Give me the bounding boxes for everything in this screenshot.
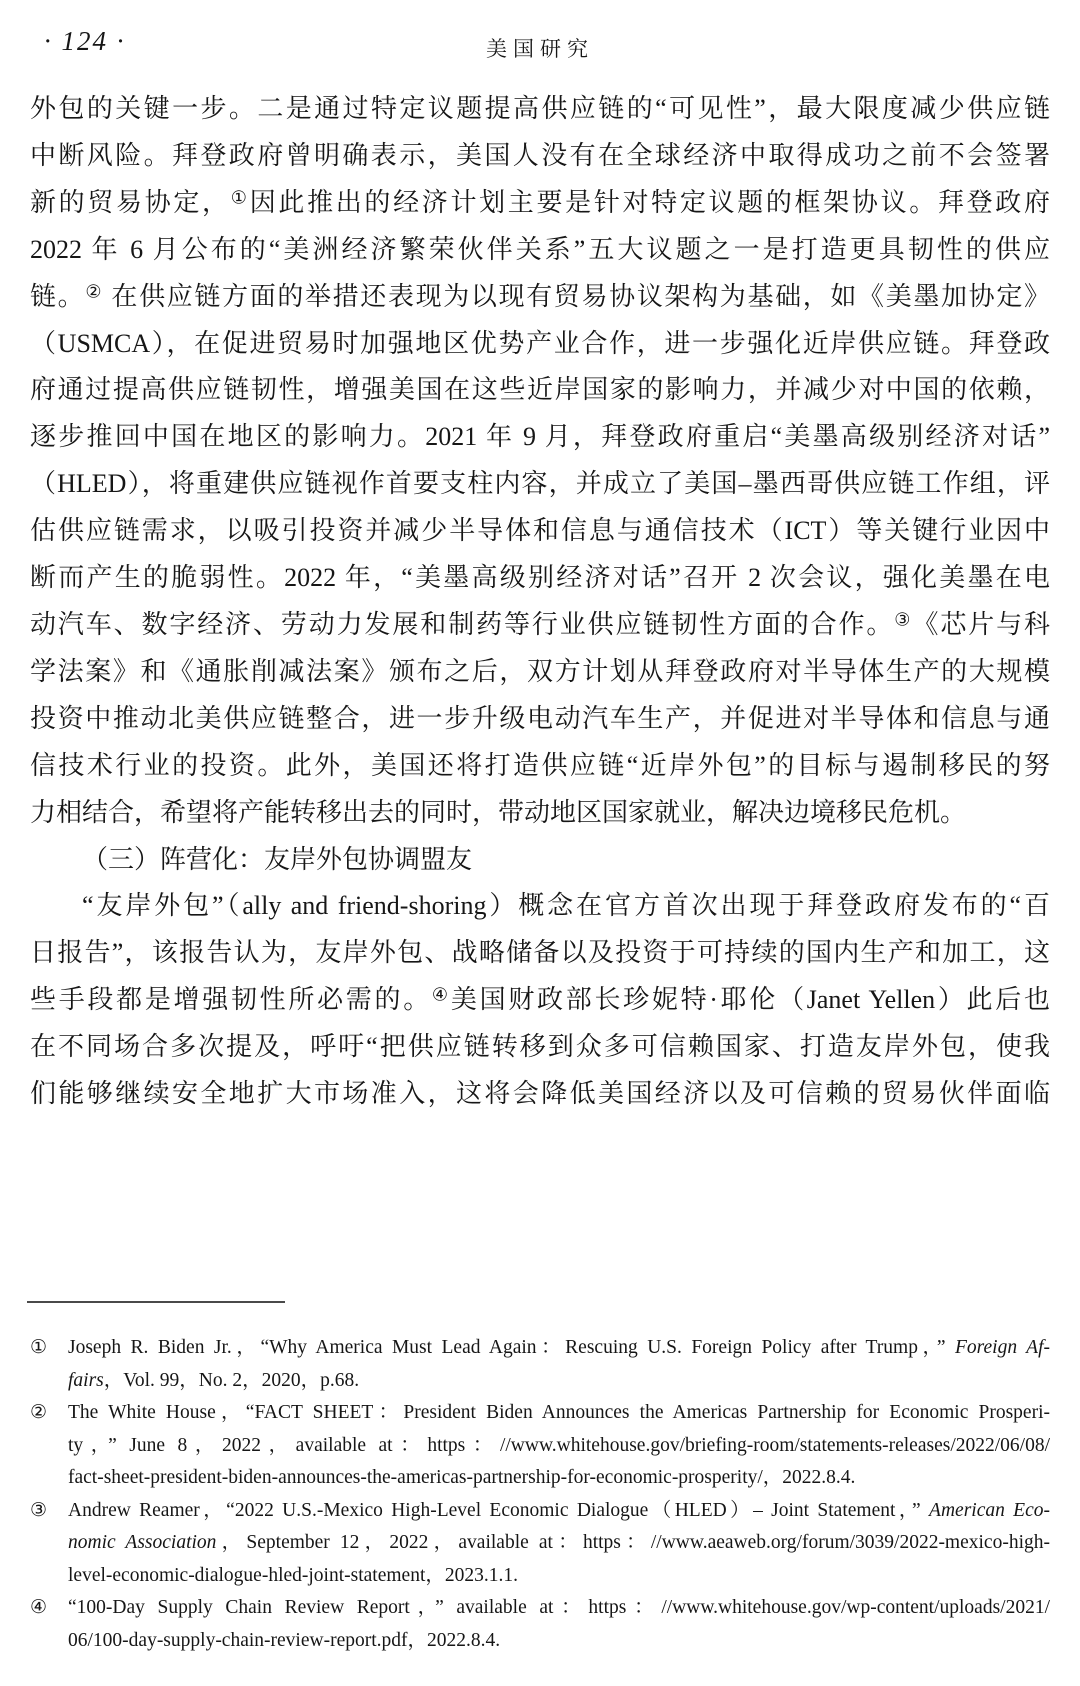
body-line: 在不同场合多次提及，呼吁“把供应链转移到众多可信赖国家、打造友岸外包，使我 xyxy=(30,1024,1050,1071)
footnote: ②The White House，“FACT SHEET：President B… xyxy=(30,1397,1050,1495)
journal-page: · 124 · 美国研究 外包的关键一步。二是通过特定议题提高供应链的“可见性”… xyxy=(0,0,1080,1686)
body-line: 日报告”，该报告认为，友岸外包、战略储备以及投资于可持续的国内生产和加工，这 xyxy=(30,930,1050,977)
footnote-segment: fact-sheet-president-biden-announces-the… xyxy=(68,1467,855,1488)
body-line: 2022 年 6 月公布的“美洲经济繁荣伙伴关系”五大议题之一是打造更具韧性的供… xyxy=(30,227,1050,274)
body-line: 投资中推动北美供应链整合，进一步升级电动汽车生产，并促进对半导体和信息与通 xyxy=(30,696,1050,743)
body-text: 外包的关键一步。二是通过特定议题提高供应链的“可见性”，最大限度减少供应链中断风… xyxy=(30,86,1050,1118)
body-line: 逐步推回中国在地区的影响力。2021 年 9 月，拜登政府重启“美墨高级别经济对… xyxy=(30,414,1050,461)
footnote-segment: level-economic-dialogue-hled-joint-state… xyxy=(68,1565,518,1586)
footnote-line: level-economic-dialogue-hled-joint-state… xyxy=(68,1560,1050,1593)
journal-title: 美国研究 xyxy=(30,33,1050,63)
footnote-marker: ① xyxy=(30,1332,68,1365)
journal-name-italic: nomic Association xyxy=(68,1532,216,1553)
footnote-line: fact-sheet-president-biden-announces-the… xyxy=(68,1462,1050,1495)
footnote: ③Andrew Reamer，“2022 U.S.-Mexico High-Le… xyxy=(30,1495,1050,1593)
footnote-line: ty，” June 8，2022，available at：https：//ww… xyxy=(68,1430,1050,1463)
journal-name-italic: American Eco- xyxy=(929,1500,1050,1521)
footnote-line: The White House，“FACT SHEET：President Bi… xyxy=(68,1397,1050,1430)
footnote: ④“100-Day Supply Chain Review Report，” a… xyxy=(30,1592,1050,1657)
footnote-ref-marker: ③ xyxy=(894,610,912,630)
footnote-marker: ② xyxy=(30,1397,68,1430)
journal-name-italic: fairs xyxy=(68,1370,104,1391)
footnote-text: The White House，“FACT SHEET：President Bi… xyxy=(68,1397,1050,1495)
body-line: 新的贸易协定，①因此推出的经济计划主要是针对特定议题的框架协议。拜登政府 xyxy=(30,180,1050,227)
body-line: 断而产生的脆弱性。2022 年，“美墨高级别经济对话”召开 2 次会议，强化美墨… xyxy=(30,555,1050,602)
footnote-segment: Joseph R. Biden Jr.，“Why America Must Le… xyxy=(68,1337,955,1358)
footnote-segment: ，Vol. 99，No. 2，2020，p.68. xyxy=(104,1370,359,1391)
footnote-marker: ④ xyxy=(30,1592,68,1625)
body-line: 估供应链需求，以吸引投资并减少半导体和信息与通信技术（ICT）等关键行业因中 xyxy=(30,508,1050,555)
body-line: （HLED），将重建供应链视作首要支柱内容，并成立了美国–墨西哥供应链工作组，评 xyxy=(30,461,1050,508)
footnote: ①Joseph R. Biden Jr.，“Why America Must L… xyxy=(30,1332,1050,1397)
body-line: 中断风险。拜登政府曾明确表示，美国人没有在全球经济中取得成功之前不会签署 xyxy=(30,133,1050,180)
body-line: 们能够继续安全地扩大市场准入，这将会降低美国经济以及可信赖的贸易伙伴面临 xyxy=(30,1071,1050,1118)
footnote-ref-marker: ④ xyxy=(432,985,451,1005)
footnote-ref-marker: ② xyxy=(85,281,103,301)
footnote-divider xyxy=(27,1301,285,1303)
footnote-line: nomic Association，September 12，2022，avai… xyxy=(68,1527,1050,1560)
body-line: 府通过提高供应链韧性，增强美国在这些近岸国家的影响力，并减少对中国的依赖， xyxy=(30,367,1050,414)
footnote-line: Andrew Reamer，“2022 U.S.-Mexico High-Lev… xyxy=(68,1495,1050,1528)
footnote-text: “100-Day Supply Chain Review Report，” av… xyxy=(68,1592,1050,1657)
body-line: 信技术行业的投资。此外，美国还将打造供应链“近岸外包”的目标与遏制移民的努 xyxy=(30,743,1050,790)
footnote-segment: 06/100-day-supply-chain-review-report.pd… xyxy=(68,1630,500,1651)
body-line: 外包的关键一步。二是通过特定议题提高供应链的“可见性”，最大限度减少供应链 xyxy=(30,86,1050,133)
journal-name-italic: Foreign Af- xyxy=(955,1337,1050,1358)
footnote-text: Joseph R. Biden Jr.，“Why America Must Le… xyxy=(68,1332,1050,1397)
footnote-text: Andrew Reamer，“2022 U.S.-Mexico High-Lev… xyxy=(68,1495,1050,1593)
body-line: 链。② 在供应链方面的举措还表现为以现有贸易协议架构为基础，如《美墨加协定》 xyxy=(30,274,1050,321)
footnote-marker: ③ xyxy=(30,1495,68,1528)
footnote-line: Joseph R. Biden Jr.，“Why America Must Le… xyxy=(68,1332,1050,1365)
footnote-segment: ，September 12，2022，available at：https：//… xyxy=(216,1532,1050,1553)
section-heading: （三）阵营化：友岸外包协调盟友 xyxy=(30,837,1050,884)
body-line: （USMCA），在促进贸易时加强地区优势产业合作，进一步强化近岸供应链。拜登政 xyxy=(30,321,1050,368)
footnote-segment: “100-Day Supply Chain Review Report，” av… xyxy=(68,1597,1050,1618)
footnote-segment: ty，” June 8，2022，available at：https：//ww… xyxy=(68,1435,1050,1456)
footnote-line: “100-Day Supply Chain Review Report，” av… xyxy=(68,1592,1050,1625)
body-line: 力相结合，希望将产能转移出去的同时，带动地区国家就业，解决边境移民危机。 xyxy=(30,790,1050,837)
footnote-line: fairs，Vol. 99，No. 2，2020，p.68. xyxy=(68,1365,1050,1398)
body-line: 些手段都是增强韧性所必需的。④美国财政部长珍妮特·耶伦（Janet Yellen… xyxy=(30,977,1050,1024)
footnote-ref-marker: ① xyxy=(231,188,250,208)
body-line: 学法案》和《通胀削减法案》颁布之后，双方计划从拜登政府对半导体生产的大规模 xyxy=(30,649,1050,696)
footnote-line: 06/100-day-supply-chain-review-report.pd… xyxy=(68,1625,1050,1658)
footnote-segment: The White House，“FACT SHEET：President Bi… xyxy=(68,1402,1050,1423)
footnote-segment: Andrew Reamer，“2022 U.S.-Mexico High-Lev… xyxy=(68,1500,929,1521)
body-line: 动汽车、数字经济、劳动力发展和制药等行业供应链韧性方面的合作。③《芯片与科 xyxy=(30,602,1050,649)
footnotes: ①Joseph R. Biden Jr.，“Why America Must L… xyxy=(30,1332,1050,1657)
body-line: “友岸外包”（ally and friend-shoring）概念在官方首次出现… xyxy=(30,883,1050,930)
page-header: · 124 · 美国研究 xyxy=(30,24,1050,68)
